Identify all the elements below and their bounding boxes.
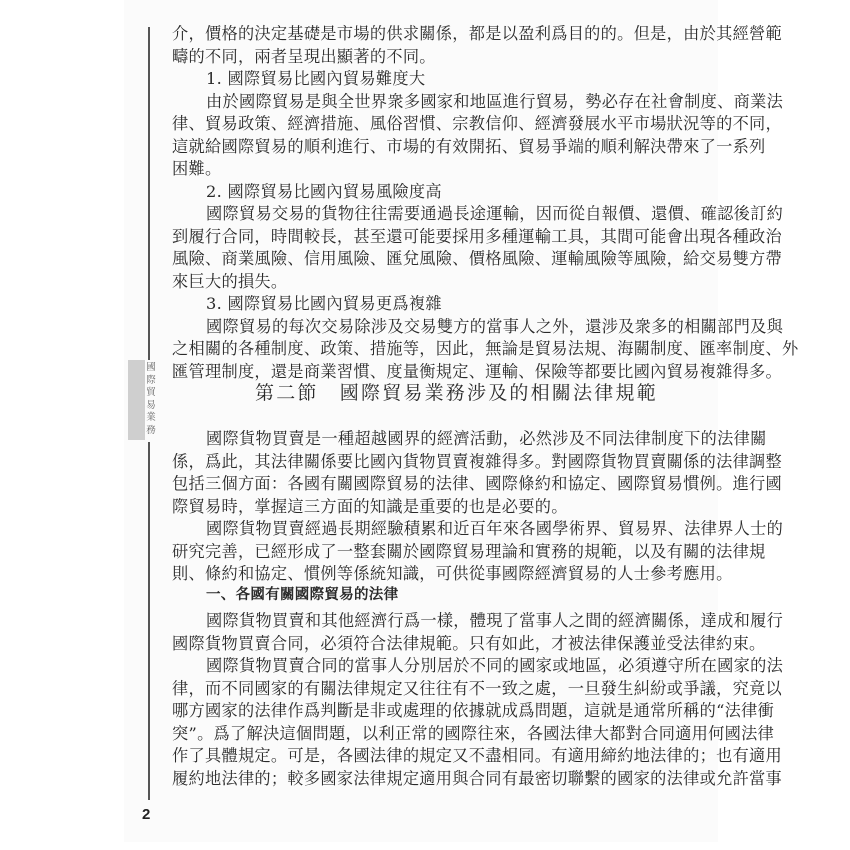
- text-line: 困難。: [172, 158, 682, 181]
- subheading: 一、各國有關國際貿易的法律: [206, 583, 398, 604]
- text-line: 國際貿易交易的貨物往往需要通過長途運輸，因而從自報價、還價、確認後訂約: [172, 203, 682, 226]
- paragraph-continuation: 介，價格的決定基礎是市場的供求關係，都是以盈利爲目的的。但是，由於其經營範 疇的…: [172, 23, 682, 383]
- text-line: 國際貿易的每次交易除涉及交易雙方的當事人之外，還涉及衆多的相關部門及與: [172, 316, 682, 339]
- text-line: 國際貨物買賣經過長期經驗積累和近百年來各國學術界、貿易界、法律界人士的: [172, 518, 682, 541]
- text-line: 研究完善，已經形成了一整套關於國際貿易理論和實務的規範，以及有關的法律規: [172, 541, 682, 564]
- text-line: 之相關的各種制度、政策、措施等，因此，無論是貿易法規、海關制度、匯率制度、外: [172, 338, 682, 361]
- text-line: 由於國際貿易是與全世界衆多國家和地區進行貿易，勢必存在社會制度、商業法: [172, 91, 682, 114]
- text-line: 係，爲此，其法律關係要比國內貨物買賣複雜得多。對國際貨物買賣關係的法律調整: [172, 451, 682, 474]
- section-paragraphs: 國際貨物買賣是一種超越國界的經濟活動，必然涉及不同法律制度下的法律關 係，爲此，…: [172, 428, 682, 586]
- point-title-3: 3. 國際貿易比國內貿易更爲複雜: [172, 293, 682, 316]
- law-paragraphs: 國際貨物買賣和其他經濟行爲一樣，體現了當事人之間的經濟關係，達成和履行 國際貨物…: [172, 610, 682, 790]
- text-line: 介，價格的決定基礎是市場的供求關係，都是以盈利爲目的的。但是，由於其經營範: [172, 23, 682, 46]
- text-line: 包括三個方面：各國有關國際貿易的法律、國際條約和協定、國際貿易慣例。進行國: [172, 473, 682, 496]
- text-line: 到履行合同，時間較長，甚至還可能要採用多種運輸工具，其間可能會出現各種政治: [172, 226, 682, 249]
- chapter-side-label: 國際貿易業務: [146, 362, 156, 438]
- text-line: 風險、商業風險、信用風險、匯兌風險、價格風險、運輸風險等風險，給交易雙方帶: [172, 248, 682, 271]
- text-line: 律，而不同國家的有關法律規定又往往有不一致之處，一旦發生糾紛或爭議，究竟以: [172, 678, 682, 701]
- text-line: 這就給國際貿易的順利進行、市場的有效開拓、貿易爭端的順利解決帶來了一系列: [172, 136, 682, 159]
- text-line: 哪方國家的法律作爲判斷是非或處理的依據就成爲問題，這就是通常所稱的“法律衝: [172, 700, 682, 723]
- text-line: 疇的不同，兩者呈現出顯著的不同。: [172, 46, 682, 69]
- text-line: 突”。爲了解決這個問題，以利正常的國際往來，各國法律大都對合同適用何國法律: [172, 723, 682, 746]
- text-line: 國際貨物買賣和其他經濟行爲一樣，體現了當事人之間的經濟關係，達成和履行: [172, 610, 682, 633]
- chapter-side-tab: [128, 360, 145, 440]
- page-number: 2: [142, 806, 150, 823]
- text-line: 來巨大的損失。: [172, 271, 682, 294]
- point-title-1: 1. 國際貿易比國內貿易難度大: [172, 68, 682, 91]
- text-line: 國際貨物買賣合同，必須符合法律規範。只有如此，才被法律保護並受法律約束。: [172, 633, 682, 656]
- point-title-2: 2. 國際貿易比國內貿易風險度高: [172, 181, 682, 204]
- text-line: 國際貨物買賣合同的當事人分別居於不同的國家或地區，必須遵守所在國家的法: [172, 655, 682, 678]
- text-line: 律、貿易政策、經濟措施、風俗習慣、宗教信仰、經濟發展水平市場狀況等的不同，: [172, 113, 682, 136]
- text-line: 作了具體規定。可是，各國法律的規定又不盡相同。有適用締約地法律的；也有適用: [172, 745, 682, 768]
- margin-rule-bottom: [148, 442, 150, 800]
- text-line: 履約地法律的；較多國家法律規定適用與合同有最密切聯繫的國家的法律或允許當事: [172, 768, 682, 791]
- margin-rule-top: [148, 27, 150, 360]
- text-line: 國際貨物買賣是一種超越國界的經濟活動，必然涉及不同法律制度下的法律關: [172, 428, 682, 451]
- section-heading: 第二節 國際貿易業務涉及的相關法律規範: [255, 378, 658, 405]
- text-line: 際貿易時，掌握這三方面的知識是重要的也是必要的。: [172, 496, 682, 519]
